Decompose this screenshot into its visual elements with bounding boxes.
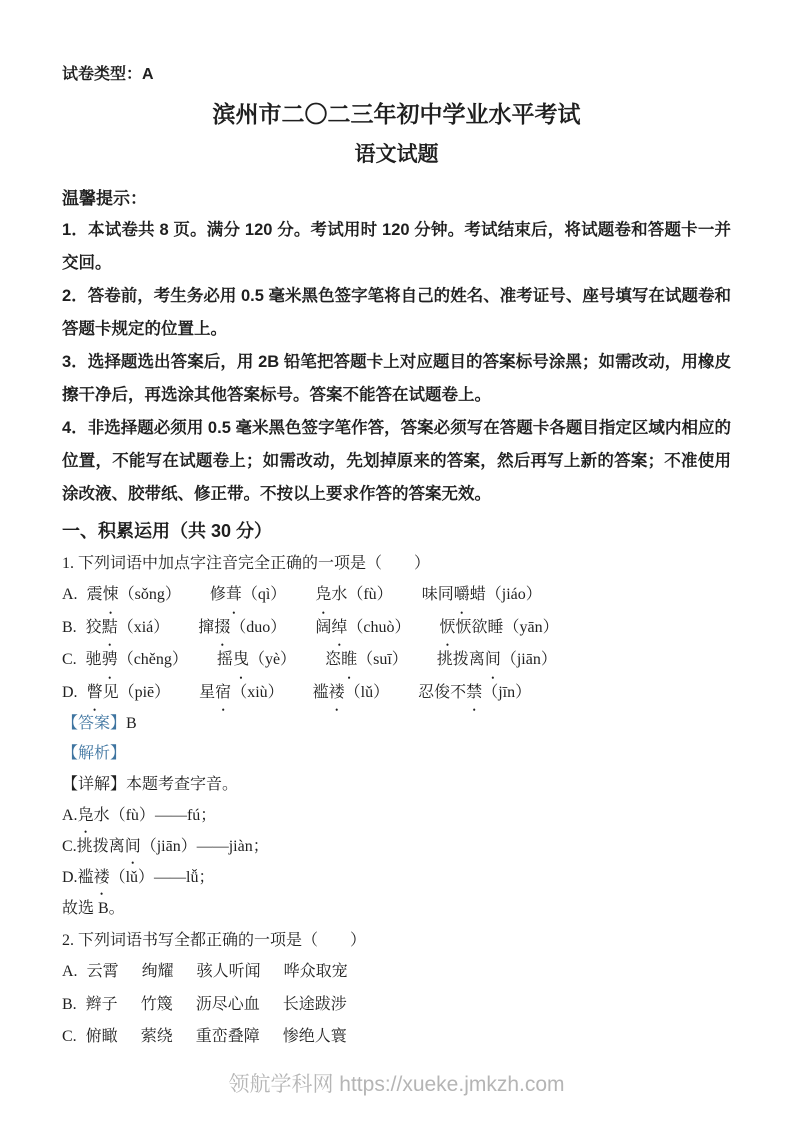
dotted-char: 恹 xyxy=(439,612,455,645)
dotted-char: 拨 xyxy=(453,644,469,677)
option-word: 震悚（sǒng） xyxy=(87,586,181,603)
explanation-line: 故选 B。 xyxy=(62,893,731,924)
pinyin-text: （piē） xyxy=(119,684,171,701)
explanation-line: 【详解】本题考查字音。 xyxy=(62,769,731,800)
dotted-char: 蜡 xyxy=(470,579,486,612)
pinyin-text: （jiáo） xyxy=(486,586,542,603)
option-word: 阔绰（chuò） xyxy=(315,619,410,636)
dotted-char: 离 xyxy=(109,831,125,862)
dotted-char: 震 xyxy=(87,579,103,612)
option-word: 瞥见（piē） xyxy=(87,684,171,701)
dotted-char: 水 xyxy=(331,579,347,612)
pinyin-text: （sǒng） xyxy=(119,586,181,603)
option-word: 挑拨离间（jiān） xyxy=(437,651,557,668)
option-word: 星宿（xiù） xyxy=(199,684,283,701)
dotted-char: 凫 xyxy=(78,800,94,831)
explanation-line: C.挑拨离间（jiān）——jiàn； xyxy=(62,831,731,862)
option-word: 沥尽心血 xyxy=(196,996,260,1013)
analysis-label: 【解析】 xyxy=(62,745,126,762)
pinyin-text: （fù） xyxy=(110,807,155,824)
option-label: B. xyxy=(62,619,77,636)
page-title: 滨州市二〇二三年初中学业水平考试 xyxy=(62,98,731,130)
option-word: 褴褛（lǔ） xyxy=(313,684,389,701)
dotted-char: 宿 xyxy=(215,677,231,710)
answer-value: B xyxy=(126,715,137,732)
dotted-char: 绰 xyxy=(331,612,347,645)
option-word: 驰骋（chěng） xyxy=(86,651,188,668)
option-label: D. xyxy=(62,684,78,701)
dotted-char: 黠 xyxy=(102,612,118,645)
dotted-char: 睢 xyxy=(341,644,357,677)
answer-row: 【答案】B xyxy=(62,709,731,739)
analysis-row: 【解析】 xyxy=(62,739,731,769)
option-word: 辫子 xyxy=(86,996,118,1013)
notice-item: 4．非选择题必须用 0.5 毫米黑色签字笔作答，答案必须写在答题卡各题目指定区域… xyxy=(62,412,731,511)
pinyin-text: （suī） xyxy=(357,651,408,668)
option-word: 惨绝人寰 xyxy=(283,1028,347,1045)
explanation-prefix: D. xyxy=(62,869,78,886)
watermark: 领航学科网 https://xueke.jmkzh.com xyxy=(0,1072,793,1098)
explanation-prefix: C. xyxy=(62,838,77,855)
paper-type-label: 试卷类型：A xyxy=(62,64,731,86)
dotted-char: 不 xyxy=(450,677,466,710)
question1-stem: 1. 下列词语中加点字注音完全正确的一项是（ ） xyxy=(62,548,731,579)
dotted-char: 褴 xyxy=(78,862,94,893)
dotted-char: 水 xyxy=(94,800,110,831)
dotted-char: 禁 xyxy=(466,677,482,710)
option-row: A.云霄绚耀骇人听闻哗众取宠 xyxy=(62,956,731,989)
dotted-char: 凫 xyxy=(315,579,331,612)
option-word: 骇人听闻 xyxy=(197,963,261,980)
dotted-char: 忍 xyxy=(418,677,434,710)
option-word: 忍俊不禁（jīn） xyxy=(418,684,531,701)
option-word: 狡黠（xiá） xyxy=(86,619,170,636)
notice-item: 2．答卷前，考生务必用 0.5 毫米黑色签字笔将自己的姓名、准考证号、座号填写在… xyxy=(62,280,731,346)
pinyin-text: （yè） xyxy=(249,651,296,668)
dotted-char: 褛 xyxy=(329,677,345,710)
dotted-char: 挑 xyxy=(77,831,93,862)
dotted-char: 葺 xyxy=(226,579,242,612)
pinyin-text: （yān） xyxy=(504,619,559,636)
dotted-char: 星 xyxy=(199,677,215,710)
exam-paper-page: 试卷类型：A 滨州市二〇二三年初中学业水平考试 语文试题 温馨提示： 1．本试卷… xyxy=(0,0,793,1122)
dotted-char: 褴 xyxy=(313,677,329,710)
notice-heading: 温馨提示： xyxy=(62,184,731,214)
option-row: B.狡黠（xiá）撺掇（duo）阔绰（chuò）恹恹欲睡（yān） xyxy=(62,612,731,645)
section-heading: 一、积累运用（共 30 分） xyxy=(62,515,731,548)
dotted-char: 挑 xyxy=(437,644,453,677)
pinyin-text: （qì） xyxy=(242,586,286,603)
dotted-char: 瞥 xyxy=(87,677,103,710)
explanation-correction: ——fú； xyxy=(155,807,216,824)
dotted-char: 味 xyxy=(422,579,438,612)
explanation-word: 褴褛（lǔ） xyxy=(78,869,154,886)
dotted-char: 间 xyxy=(485,644,501,677)
dotted-char: 骋 xyxy=(102,644,118,677)
option-word: 俯瞰 xyxy=(86,1028,118,1045)
pinyin-text: （chuò） xyxy=(347,619,410,636)
dotted-char: 睡 xyxy=(488,612,504,645)
option-label: C. xyxy=(62,651,77,668)
option-label: A. xyxy=(62,586,78,603)
pinyin-text: （xiá） xyxy=(118,619,170,636)
option-word: 哗众取宠 xyxy=(284,963,348,980)
dotted-char: 狡 xyxy=(86,612,102,645)
dotted-char: 间 xyxy=(125,831,141,862)
dotted-char: 俊 xyxy=(434,677,450,710)
option-row: C.俯瞰萦绕重峦叠障惨绝人寰 xyxy=(62,1021,731,1054)
explanation-line: A.凫水（fù）——fú； xyxy=(62,800,731,831)
pinyin-text: （fù） xyxy=(347,586,392,603)
question1-explanation: 【详解】本题考查字音。A.凫水（fù）——fú；C.挑拨离间（jiān）——ji… xyxy=(62,769,731,924)
pinyin-text: （jiān） xyxy=(501,651,557,668)
dotted-char: 见 xyxy=(103,677,119,710)
option-word: 修葺（qì） xyxy=(210,586,286,603)
dotted-char: 曳 xyxy=(233,644,249,677)
dotted-char: 恣 xyxy=(325,644,341,677)
question1-options: A.震悚（sǒng）修葺（qì）凫水（fù）味同嚼蜡（jiáo）B.狡黠（xiá… xyxy=(62,579,731,709)
pinyin-text: （chěng） xyxy=(118,651,188,668)
explanation-word: 挑拨离间（jiān） xyxy=(77,838,197,855)
option-word: 绚耀 xyxy=(142,963,174,980)
option-word: 凫水（fù） xyxy=(315,586,392,603)
dotted-char: 驰 xyxy=(86,644,102,677)
option-word: 恣睢（suī） xyxy=(325,651,408,668)
dotted-char: 摇 xyxy=(217,644,233,677)
pinyin-text: （duo） xyxy=(230,619,286,636)
answer-label: 【答案】 xyxy=(62,715,126,732)
option-row: B.辫子竹篾沥尽心血长途跋涉 xyxy=(62,989,731,1022)
dotted-char: 褛 xyxy=(94,862,110,893)
page-subtitle: 语文试题 xyxy=(62,140,731,170)
dotted-char: 欲 xyxy=(471,612,487,645)
option-label: C. xyxy=(62,1028,77,1045)
dotted-char: 离 xyxy=(469,644,485,677)
dotted-char: 恹 xyxy=(455,612,471,645)
explanation-correction: ——jiàn； xyxy=(197,838,269,855)
option-label: B. xyxy=(62,996,77,1013)
option-word: 竹篾 xyxy=(141,996,173,1013)
option-word: 恹恹欲睡（yān） xyxy=(439,619,558,636)
dotted-char: 掇 xyxy=(214,612,230,645)
question2-stem: 2. 下列词语书写全都正确的一项是（ ） xyxy=(62,925,731,956)
option-word: 云霄 xyxy=(87,963,119,980)
pinyin-text: （jiān） xyxy=(141,838,197,855)
explanation-word: 凫水（fù） xyxy=(78,807,155,824)
pinyin-text: （lǔ） xyxy=(345,684,389,701)
dotted-char: 拨 xyxy=(93,831,109,862)
pinyin-text: （jīn） xyxy=(482,684,531,701)
explanation-prefix: A. xyxy=(62,807,78,824)
pinyin-text: （xiù） xyxy=(231,684,283,701)
dotted-char: 修 xyxy=(210,579,226,612)
dotted-char: 同 xyxy=(438,579,454,612)
option-word: 味同嚼蜡（jiáo） xyxy=(422,586,542,603)
question2-options: A.云霄绚耀骇人听闻哗众取宠B.辫子竹篾沥尽心血长途跋涉C.俯瞰萦绕重峦叠障惨绝… xyxy=(62,956,731,1054)
option-row: C.驰骋（chěng）摇曳（yè）恣睢（suī）挑拨离间（jiān） xyxy=(62,644,731,677)
dotted-char: 悚 xyxy=(103,579,119,612)
option-word: 撺掇（duo） xyxy=(198,619,286,636)
option-word: 萦绕 xyxy=(141,1028,173,1045)
dotted-char: 撺 xyxy=(198,612,214,645)
option-row: A.震悚（sǒng）修葺（qì）凫水（fù）味同嚼蜡（jiáo） xyxy=(62,579,731,612)
option-word: 摇曳（yè） xyxy=(217,651,296,668)
notice-item: 3．选择题选出答案后，用 2B 铅笔把答题卡上对应题目的答案标号涂黑；如需改动，… xyxy=(62,346,731,412)
notice-list: 1．本试卷共 8 页。满分 120 分。考试用时 120 分钟。考试结束后，将试… xyxy=(62,214,731,511)
explanation-line: D.褴褛（lǔ）——lǚ； xyxy=(62,862,731,893)
pinyin-text: （lǔ） xyxy=(110,869,154,886)
option-word: 重峦叠障 xyxy=(196,1028,260,1045)
dotted-char: 嚼 xyxy=(454,579,470,612)
option-row: D.瞥见（piē）星宿（xiù）褴褛（lǔ）忍俊不禁（jīn） xyxy=(62,677,731,710)
option-label: A. xyxy=(62,963,78,980)
notice-item: 1．本试卷共 8 页。满分 120 分。考试用时 120 分钟。考试结束后，将试… xyxy=(62,214,731,280)
explanation-correction: ——lǚ； xyxy=(154,869,214,886)
option-word: 长途跋涉 xyxy=(283,996,347,1013)
dotted-char: 阔 xyxy=(315,612,331,645)
